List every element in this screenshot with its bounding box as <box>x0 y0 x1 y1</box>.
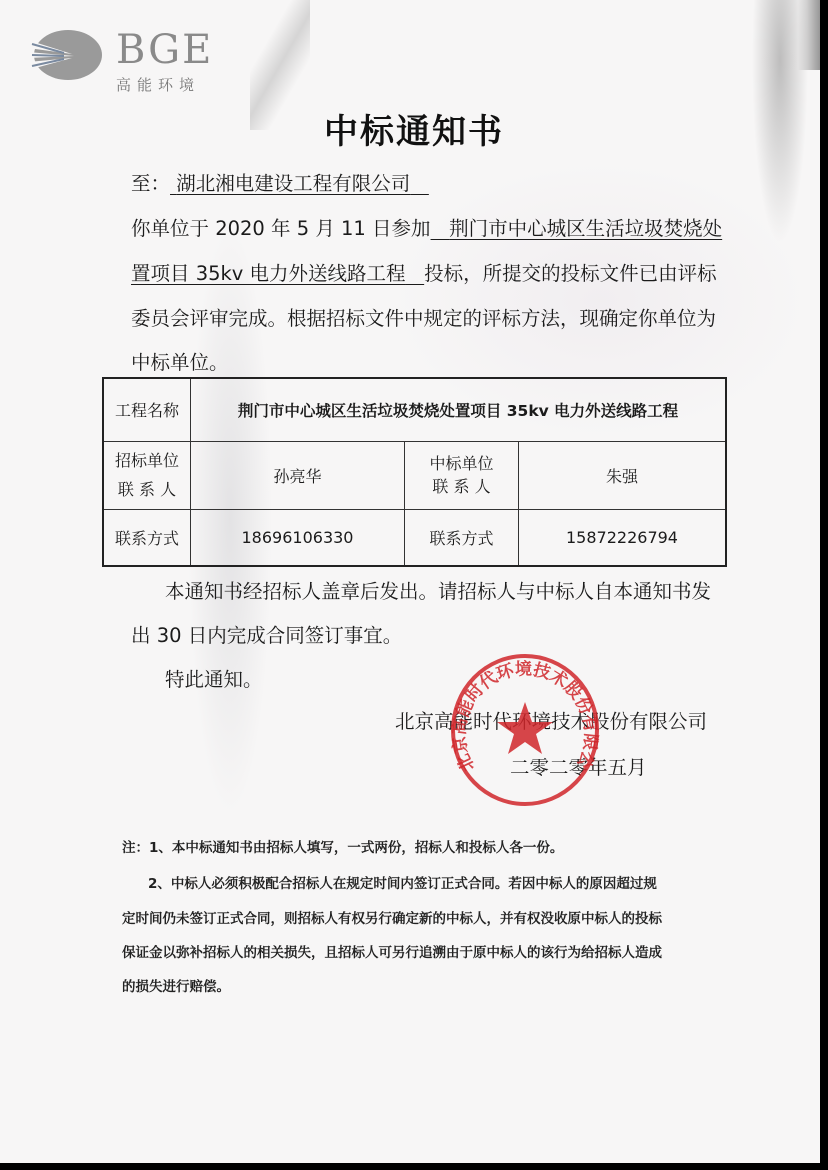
closing-notice: 特此通知。 <box>165 664 263 692</box>
recipient-line: 至： 湖北湘电建设工程有限公司 <box>131 168 429 196</box>
document-page: BGE 高能环境 中标通知书 至： 湖北湘电建设工程有限公司 你单位于 2020… <box>0 0 820 1163</box>
logo-mark-icon <box>28 28 102 82</box>
recipient-prefix: 至： <box>131 172 170 195</box>
scan-edge-bottom <box>0 1163 828 1170</box>
logo-brand: BGE <box>116 26 213 74</box>
table-row-phones: 联系方式 18696106330 联系方式 15872226794 <box>103 509 726 566</box>
project-value: 荆门市中心城区生活垃圾焚烧处置项目 35kv 电力外送线路工程 <box>191 378 727 441</box>
company-logo: BGE 高能环境 <box>28 26 228 96</box>
body-line-4: 中标单位。 <box>131 347 229 375</box>
closing-line-1: 本通知书经招标人盖章后发出。请招标人与中标人自本通知书发 <box>165 576 711 604</box>
winner-contact-label: 中标单位 联 系 人 <box>405 441 519 509</box>
body-line-1: 你单位于 2020 年 5 月 11 日参加 荆门市中心城区生活垃圾焚烧处 <box>131 213 722 241</box>
logo-subtitle: 高能环境 <box>116 74 200 95</box>
table-row-project: 工程名称 荆门市中心城区生活垃圾焚烧处置项目 35kv 电力外送线路工程 <box>103 378 726 441</box>
tenderer-phone-value: 18696106330 <box>191 509 405 566</box>
tenderer-phone-label: 联系方式 <box>103 509 191 566</box>
project-name-part2: 置项目 35kv 电力外送线路工程 <box>131 262 424 285</box>
issue-date: 二零二零年五月 <box>510 752 647 780</box>
winner-contact-value: 朱强 <box>519 441 727 509</box>
body-line-3: 委员会评审完成。根据招标文件中规定的评标方法，现确定你单位为 <box>131 303 716 331</box>
scan-edge-right <box>820 0 828 1170</box>
issuer-name: 北京高能时代环境技术股份有限公司 <box>395 706 707 734</box>
recipient-company: 湖北湘电建设工程有限公司 <box>170 172 429 195</box>
table-row-contacts: 招标单位 联 系 人 孙亮华 中标单位 联 系 人 朱强 <box>103 441 726 509</box>
note-2-line-4: 的损失进行赔偿。 <box>122 975 722 995</box>
project-name-part1: 荆门市中心城区生活垃圾焚烧处 <box>431 217 723 240</box>
winner-phone-value: 15872226794 <box>519 509 727 566</box>
bid-info-table: 工程名称 荆门市中心城区生活垃圾焚烧处置项目 35kv 电力外送线路工程 招标单… <box>102 377 727 567</box>
paper-shadow <box>798 0 820 70</box>
note-2-line-2: 定时间仍未签订正式合同，则招标人有权另行确定新的中标人，并有权没收原中标人的投标 <box>122 907 722 927</box>
body-line-2: 置项目 35kv 电力外送线路工程 投标，所提交的投标文件已由评标 <box>131 258 717 286</box>
project-label: 工程名称 <box>103 378 191 441</box>
note-2-line-1: 2、中标人必须积极配合招标人在规定时间内签订正式合同。若因中标人的原因超过规 <box>148 872 748 892</box>
tenderer-contact-label: 招标单位 联 系 人 <box>103 441 191 509</box>
tenderer-contact-value: 孙亮华 <box>191 441 405 509</box>
page-title: 中标通知书 <box>0 104 820 153</box>
winner-phone-label: 联系方式 <box>405 509 519 566</box>
closing-line-2: 出 30 日内完成合同签订事宜。 <box>131 620 402 648</box>
note-1: 注：1、本中标通知书由招标人填写，一式两份，招标人和投标人各一份。 <box>122 836 722 856</box>
note-2-line-3: 保证金以弥补招标人的相关损失，且招标人可另行追溯由于原中标人的该行为给招标人造成 <box>122 941 722 961</box>
